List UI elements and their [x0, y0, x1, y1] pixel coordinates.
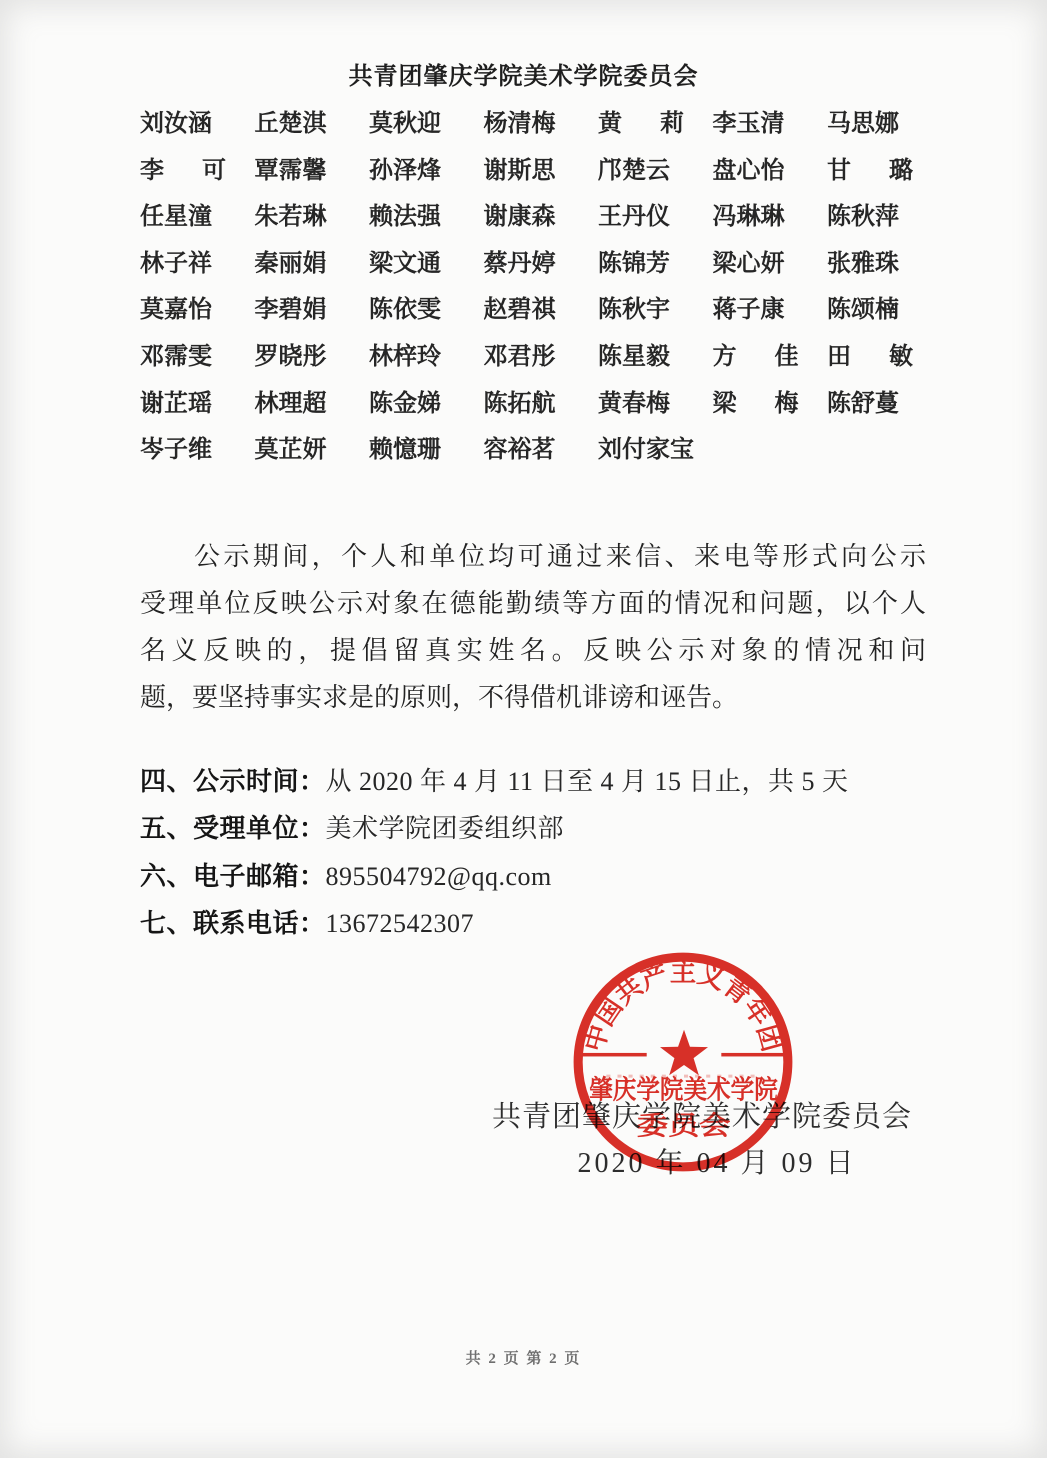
document-page: 共青团肇庆学院美术学院委员会 刘汝涵 丘楚淇 莫秋迎 杨清梅 黄莉 李玉清 马思… — [0, 0, 1047, 1458]
person-name: 林梓玲 — [369, 334, 484, 381]
seal-inner-line2: 委员会 — [637, 1111, 731, 1141]
person-name: 莫秋迎 — [369, 101, 484, 148]
person-name: 丘楚淇 — [255, 101, 370, 148]
person-name: 陈秋宇 — [598, 287, 713, 334]
person-name: 梁心妍 — [713, 241, 828, 288]
page-title: 共青团肇庆学院美术学院委员会 — [0, 56, 1047, 91]
notice-line: 公示期间，个人和单位均可通过来信、来电等形式向公示 — [140, 533, 926, 580]
person-name: 盘心怡 — [713, 148, 828, 195]
person-name: 罗晓彤 — [255, 334, 370, 381]
notice-paragraph: 公示期间，个人和单位均可通过来信、来电等形式向公示 受理单位反映公示对象在德能勤… — [140, 533, 926, 721]
item-value: 13672542307 — [326, 909, 475, 938]
person-name: 刘汝涵 — [140, 101, 255, 148]
person-name: 林理超 — [255, 381, 370, 428]
item-label: 六、电子邮箱： — [140, 861, 326, 891]
person-name: 陈依雯 — [369, 287, 484, 334]
person-name: 邓君彤 — [484, 334, 599, 381]
person-name: 赖憶珊 — [369, 427, 484, 474]
item-label: 四、公示时间： — [140, 766, 326, 796]
person-name: 林子祥 — [140, 241, 255, 288]
person-name: 陈锦芳 — [598, 241, 713, 288]
person-name: 孙泽烽 — [369, 148, 484, 195]
person-name: 陈秋萍 — [827, 194, 942, 241]
seal-left-bar — [578, 1053, 647, 1057]
item-label: 七、联系电话： — [140, 908, 326, 938]
page-number: 共 2 页 第 2 页 — [0, 1347, 1047, 1368]
person-name: 杨清梅 — [484, 101, 599, 148]
seal-inner-line1: 肇庆学院美术学院 — [589, 1074, 778, 1104]
item-publicity-period: 四、公示时间：从 2020 年 4 月 11 日至 4 月 15 日止，共 5 … — [140, 758, 849, 805]
person-name: 蒋子康 — [713, 287, 828, 334]
person-name: 岑子维 — [140, 427, 255, 474]
person-name: 陈舒蔓 — [827, 381, 942, 428]
name-list: 刘汝涵 丘楚淇 莫秋迎 杨清梅 黄莉 李玉清 马思娜 李可 覃霈馨 孙泽烽 谢斯… — [140, 101, 950, 474]
person-name: 梁文通 — [369, 241, 484, 288]
person-name: 莫嘉怡 — [140, 287, 255, 334]
person-name: 秦丽娟 — [255, 241, 370, 288]
person-name: 方佳 — [713, 334, 799, 381]
person-name: 王丹仪 — [598, 194, 713, 241]
notice-line: 题，要坚持事实求是的原则，不得借机诽谤和诬告。 — [140, 674, 926, 721]
item-label: 五、受理单位： — [140, 813, 326, 843]
person-name: 黄莉 — [598, 101, 684, 148]
item-email: 六、电子邮箱：895504792@qq.com — [140, 853, 849, 900]
person-name: 李碧娟 — [255, 287, 370, 334]
person-name: 冯琳琳 — [713, 194, 828, 241]
person-name: 李玉清 — [713, 101, 828, 148]
person-name: 刘付家宝 — [598, 427, 713, 474]
seal-right-bar — [721, 1053, 790, 1057]
person-name: 蔡丹婷 — [484, 241, 599, 288]
item-value: 895504792@qq.com — [326, 862, 552, 891]
person-name: 梁梅 — [713, 381, 799, 428]
seal-star-icon — [660, 1030, 708, 1076]
person-name: 任星潼 — [140, 194, 255, 241]
person-name: 赵碧祺 — [484, 287, 599, 334]
person-name: 容裕茗 — [484, 427, 599, 474]
person-name: 陈颂楠 — [827, 287, 942, 334]
person-name: 谢康森 — [484, 194, 599, 241]
person-name: 李可 — [140, 148, 226, 195]
info-items: 四、公示时间：从 2020 年 4 月 11 日至 4 月 15 日止，共 5 … — [140, 758, 849, 947]
item-accepting-unit: 五、受理单位：美术学院团委组织部 — [140, 805, 849, 852]
person-name: 陈拓航 — [484, 381, 599, 428]
person-name: 马思娜 — [827, 101, 942, 148]
official-seal: 中国共产主义青年团 肇庆学院美术学院 委员会 — [562, 941, 804, 1183]
notice-line: 名义反映的，提倡留真实姓名。反映公示对象的情况和问 — [140, 627, 926, 674]
person-name: 黄春梅 — [598, 381, 713, 428]
person-name: 邓霈雯 — [140, 334, 255, 381]
person-name: 陈星毅 — [598, 334, 713, 381]
person-name: 朱若琳 — [255, 194, 370, 241]
person-name: 田敏 — [827, 334, 913, 381]
notice-line: 受理单位反映公示对象在德能勤绩等方面的情况和问题，以个人 — [140, 580, 926, 627]
person-name: 邝楚云 — [598, 148, 713, 195]
person-name: 莫芷妍 — [255, 427, 370, 474]
person-name: 陈金娣 — [369, 381, 484, 428]
person-name: 甘璐 — [827, 148, 913, 195]
item-value: 美术学院团委组织部 — [326, 814, 565, 843]
person-name: 谢芷瑶 — [140, 381, 255, 428]
person-name: 谢斯思 — [484, 148, 599, 195]
person-name: 张雅珠 — [827, 241, 942, 288]
person-name: 覃霈馨 — [255, 148, 370, 195]
person-name: 赖法强 — [369, 194, 484, 241]
item-value: 从 2020 年 4 月 11 日至 4 月 15 日止，共 5 天 — [326, 767, 849, 796]
